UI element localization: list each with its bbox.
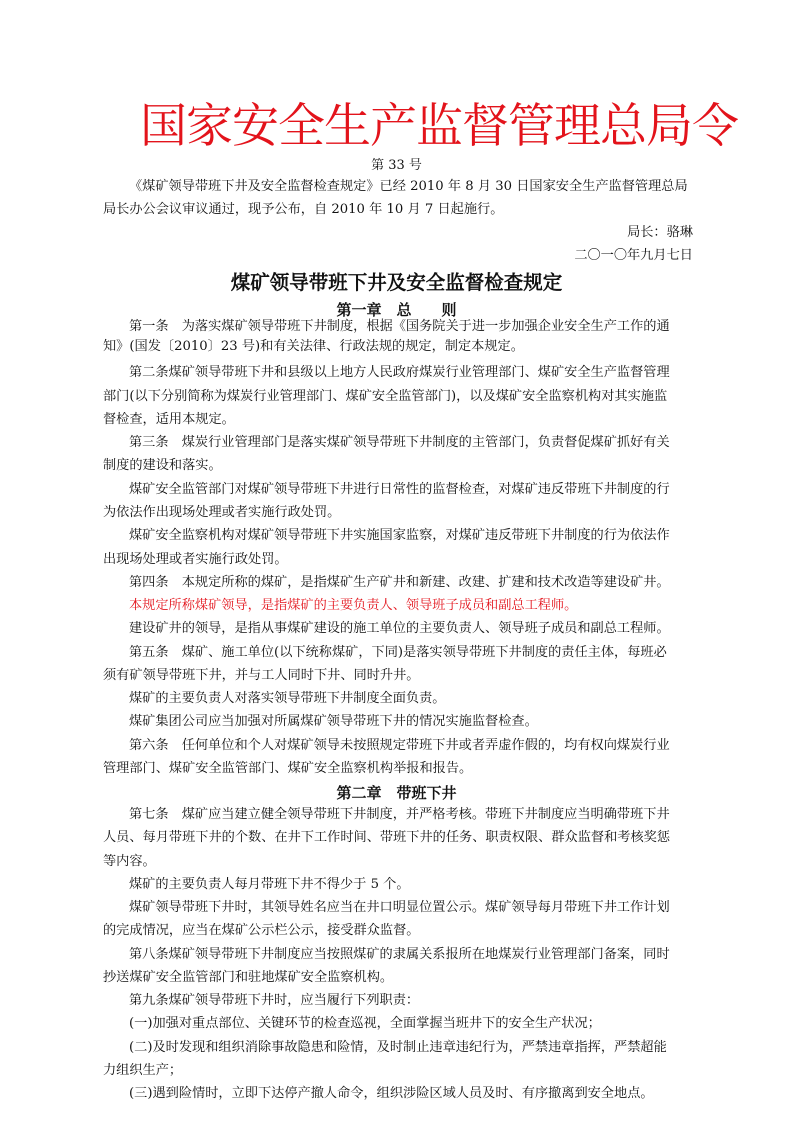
paragraph-line: 人员、每月带班下井的个数、在井下工作时间、带班下井的任务、职责权限、群众监督和考… — [103, 829, 693, 847]
paragraph-line: 第八条煤矿领导带班下井制度应当按照煤矿的隶属关系报所在地煤炭行业管理部门备案，同… — [129, 946, 693, 964]
document-title: 煤矿领导带班下井及安全监督检查规定 — [0, 270, 793, 296]
paragraph-line: 建设矿井的领导，是指从事煤矿建设的施工单位的主要负责人、领导班子成员和副总工程师… — [129, 620, 693, 638]
paragraph-line: 力组织生产； — [103, 1062, 693, 1080]
paragraph-line: 的完成情况，应当在煤矿公示栏公示，接受群众监督。 — [103, 922, 693, 940]
paragraph-line: 管理部门、煤矿安全监管部门、煤矿安全监察机构举报和报告。 — [103, 760, 693, 778]
paragraph-line: 知》(国发〔2010〕23 号)和有关法律、行政法规的规定，制定本规定。 — [103, 338, 693, 356]
signature: 局长：骆琳 — [103, 224, 693, 242]
issue-date: 二〇一〇年九月七日 — [103, 247, 693, 265]
paragraph-line: 第九条煤矿领导带班下井时，应当履行下列职责： — [129, 992, 693, 1010]
paragraph-line: (三)遇到险情时，立即下达停产撤人命令，组织涉险区域人员及时、有序撤离到安全地点… — [129, 1085, 693, 1103]
paragraph-line: 煤矿安全监察机构对煤矿领导带班下井实施国家监察，对煤矿违反带班下井制度的行为依法… — [129, 527, 693, 545]
paragraph-line: 抄送煤矿安全监管部门和驻地煤矿安全监察机构。 — [103, 969, 693, 987]
paragraph-line: 煤矿安全监管部门对煤矿领导带班下井进行日常性的监督检查，对煤矿违反带班下井制度的… — [129, 481, 693, 499]
paragraph-line: 督检查，适用本规定。 — [103, 411, 693, 429]
decree-number: 第 33 号 — [0, 157, 793, 175]
paragraph-line: 制度的建设和落实。 — [103, 457, 693, 475]
paragraph-line: 第七条 煤矿应当建立健全领导带班下井制度，并严格考核。带班下井制度应当明确带班下… — [129, 806, 693, 824]
paragraph-line: 煤矿集团公司应当加强对所属煤矿领导带班下井的情况实施监督检查。 — [129, 713, 693, 731]
preamble-line-1: 《煤矿领导带班下井及安全监督检查规定》已经 2010 年 8 月 30 日国家安… — [129, 178, 693, 196]
paragraph-line: 煤矿领导带班下井时，其领导姓名应当在井口明显位置公示。煤矿领导每月带班下井工作计… — [129, 899, 693, 917]
chapter-heading-1: 第一章 总 则 — [0, 300, 793, 320]
paragraph-line: 须有矿领导带班下井，并与工人同时下井、同时升井。 — [103, 667, 693, 685]
paragraph-line: 等内容。 — [103, 853, 693, 871]
paragraph-line: 第五条 煤矿、施工单位(以下统称煤矿，下同)是落实领导带班下井制度的责任主体，每… — [129, 644, 693, 662]
paragraph-line: 煤矿的主要负责人对落实领导带班下井制度全面负责。 — [129, 690, 693, 708]
paragraph-line: 第六条 任何单位和个人对煤矿领导未按照规定带班下井或者弄虚作假的，均有权向煤炭行… — [129, 737, 693, 755]
paragraph-line: (二)及时发现和组织消除事故隐患和险情，及时制止违章违纪行为，严禁违章指挥，严禁… — [129, 1039, 693, 1057]
chapter-heading-2: 第二章 带班下井 — [0, 783, 793, 803]
paragraph-line: 为依法作出现场处理或者实施行政处罚。 — [103, 504, 693, 522]
decree-title: 国家安全生产监督管理总局令 — [140, 98, 652, 156]
paragraph-line: (一)加强对重点部位、关键环节的检查巡视，全面掌握当班井下的安全生产状况； — [129, 1015, 693, 1033]
paragraph-line: 第四条 本规定所称的煤矿，是指煤矿生产矿井和新建、改建、扩建和技术改造等建设矿井… — [129, 574, 693, 592]
paragraph-line: 第二条煤矿领导带班下井和县级以上地方人民政府煤炭行业管理部门、煤矿安全生产监督管… — [129, 364, 693, 382]
paragraph-line: 出现场处理或者实施行政处罚。 — [103, 551, 693, 569]
paragraph-line: 第一条 为落实煤矿领导带班下井制度，根据《国务院关于进一步加强企业安全生产工作的… — [129, 318, 693, 336]
paragraph-line: 煤矿的主要负责人每月带班下井不得少于 5 个。 — [129, 876, 693, 894]
paragraph-line: 第三条 煤炭行业管理部门是落实煤矿领导带班下井制度的主管部门，负责督促煤矿抓好有… — [129, 434, 693, 452]
paragraph-line: 部门(以下分别简称为煤炭行业管理部门、煤矿安全监管部门)，以及煤矿安全监察机构对… — [103, 388, 693, 406]
preamble-line-2: 局长办公会议审议通过，现予公布，自 2010 年 10 月 7 日起施行。 — [103, 201, 693, 219]
highlighted-paragraph-line: 本规定所称煤矿领导，是指煤矿的主要负责人、领导班子成员和副总工程师。 — [129, 597, 693, 615]
